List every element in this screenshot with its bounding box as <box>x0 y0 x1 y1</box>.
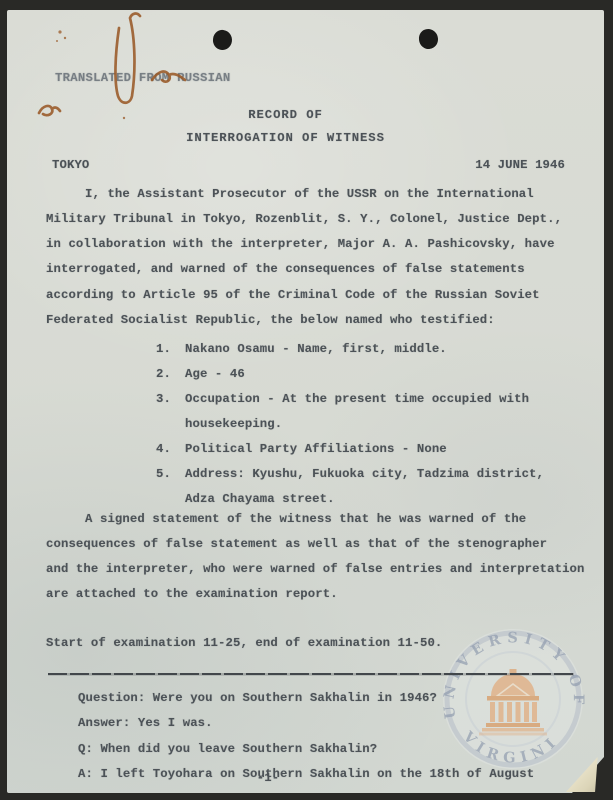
list-item-number: 2. <box>156 362 175 387</box>
page-number: -1- <box>7 771 529 785</box>
signed-statement-paragraph: A signed statement of the witness that h… <box>46 507 585 608</box>
document-page: UNIVERSITY OF VIRGINIA TRANSLATED FROM R… <box>7 10 604 793</box>
list-item-text: Age - 46 <box>185 362 245 387</box>
text-line: are attached to the examination report. <box>46 582 585 607</box>
text-line: A signed statement of the witness that h… <box>46 507 585 532</box>
text-line: Q: When did you leave Southern Sakhalin? <box>78 737 534 762</box>
list-item-text: Address: Kyushu, Fukuoka city, Tadzima d… <box>185 462 544 487</box>
paperclip-rust-mark-icon <box>20 10 210 128</box>
text-line: according to Article 95 of the Criminal … <box>46 283 562 308</box>
list-item-text: Political Party Affiliations - None <box>185 437 447 462</box>
typed-divider-rule <box>48 673 574 675</box>
text-line: interrogated, and warned of the conseque… <box>46 257 562 282</box>
witness-list-row: 3.Occupation - At the present time occup… <box>46 387 544 412</box>
location-label: TOKYO <box>46 158 89 172</box>
opening-paragraph: I, the Assistant Prosecutor of the USSR … <box>46 182 562 333</box>
document-title-line2: INTERROGATION OF WITNESS <box>0 131 584 145</box>
text-line: consequences of false statement as well … <box>46 532 585 557</box>
scanned-document-screenshot: { "doc": { "stamp": "TRANSLATED FROM RUS… <box>0 0 613 800</box>
text-line: Federated Socialist Republic, the below … <box>46 308 562 333</box>
list-item-number <box>156 412 175 437</box>
list-item-number: 1. <box>156 337 175 362</box>
text-line: and the interpreter, who were warned of … <box>46 557 585 582</box>
witness-list-row: 2.Age - 46 <box>46 362 544 387</box>
text-line: Question: Were you on Southern Sakhalin … <box>78 686 534 711</box>
hole-punch-left <box>212 29 234 51</box>
witness-list-row: 5.Address: Kyushu, Fukuoka city, Tadzima… <box>46 462 544 487</box>
list-item-number: 4. <box>156 437 175 462</box>
text-line: Answer: Yes I was. <box>78 711 534 736</box>
witness-list-row: 4.Political Party Affiliations - None <box>46 437 544 462</box>
examination-times-line: Start of examination 11-25, end of exami… <box>46 636 442 650</box>
list-item-text: Nakano Osamu - Name, first, middle. <box>185 337 447 362</box>
list-item-number: 3. <box>156 387 175 412</box>
list-item-number: 5. <box>156 462 175 487</box>
witness-list-row: 1.Nakano Osamu - Name, first, middle. <box>46 337 544 362</box>
text-line: in collaboration with the interpreter, M… <box>46 232 562 257</box>
text-line: I, the Assistant Prosecutor of the USSR … <box>46 182 562 207</box>
date-label: 14 JUNE 1946 <box>475 158 565 172</box>
list-item-text: housekeeping. <box>185 412 282 437</box>
hole-punch-right <box>418 28 439 50</box>
list-item-text: Occupation - At the present time occupie… <box>185 387 529 412</box>
witness-details-list: 1.Nakano Osamu - Name, first, middle.2.A… <box>46 337 544 512</box>
text-line: Military Tribunal in Tokyo, Rozenblit, S… <box>46 207 562 232</box>
witness-list-row: housekeeping. <box>46 412 544 437</box>
location-date-row: TOKYO 14 JUNE 1946 <box>46 158 565 172</box>
